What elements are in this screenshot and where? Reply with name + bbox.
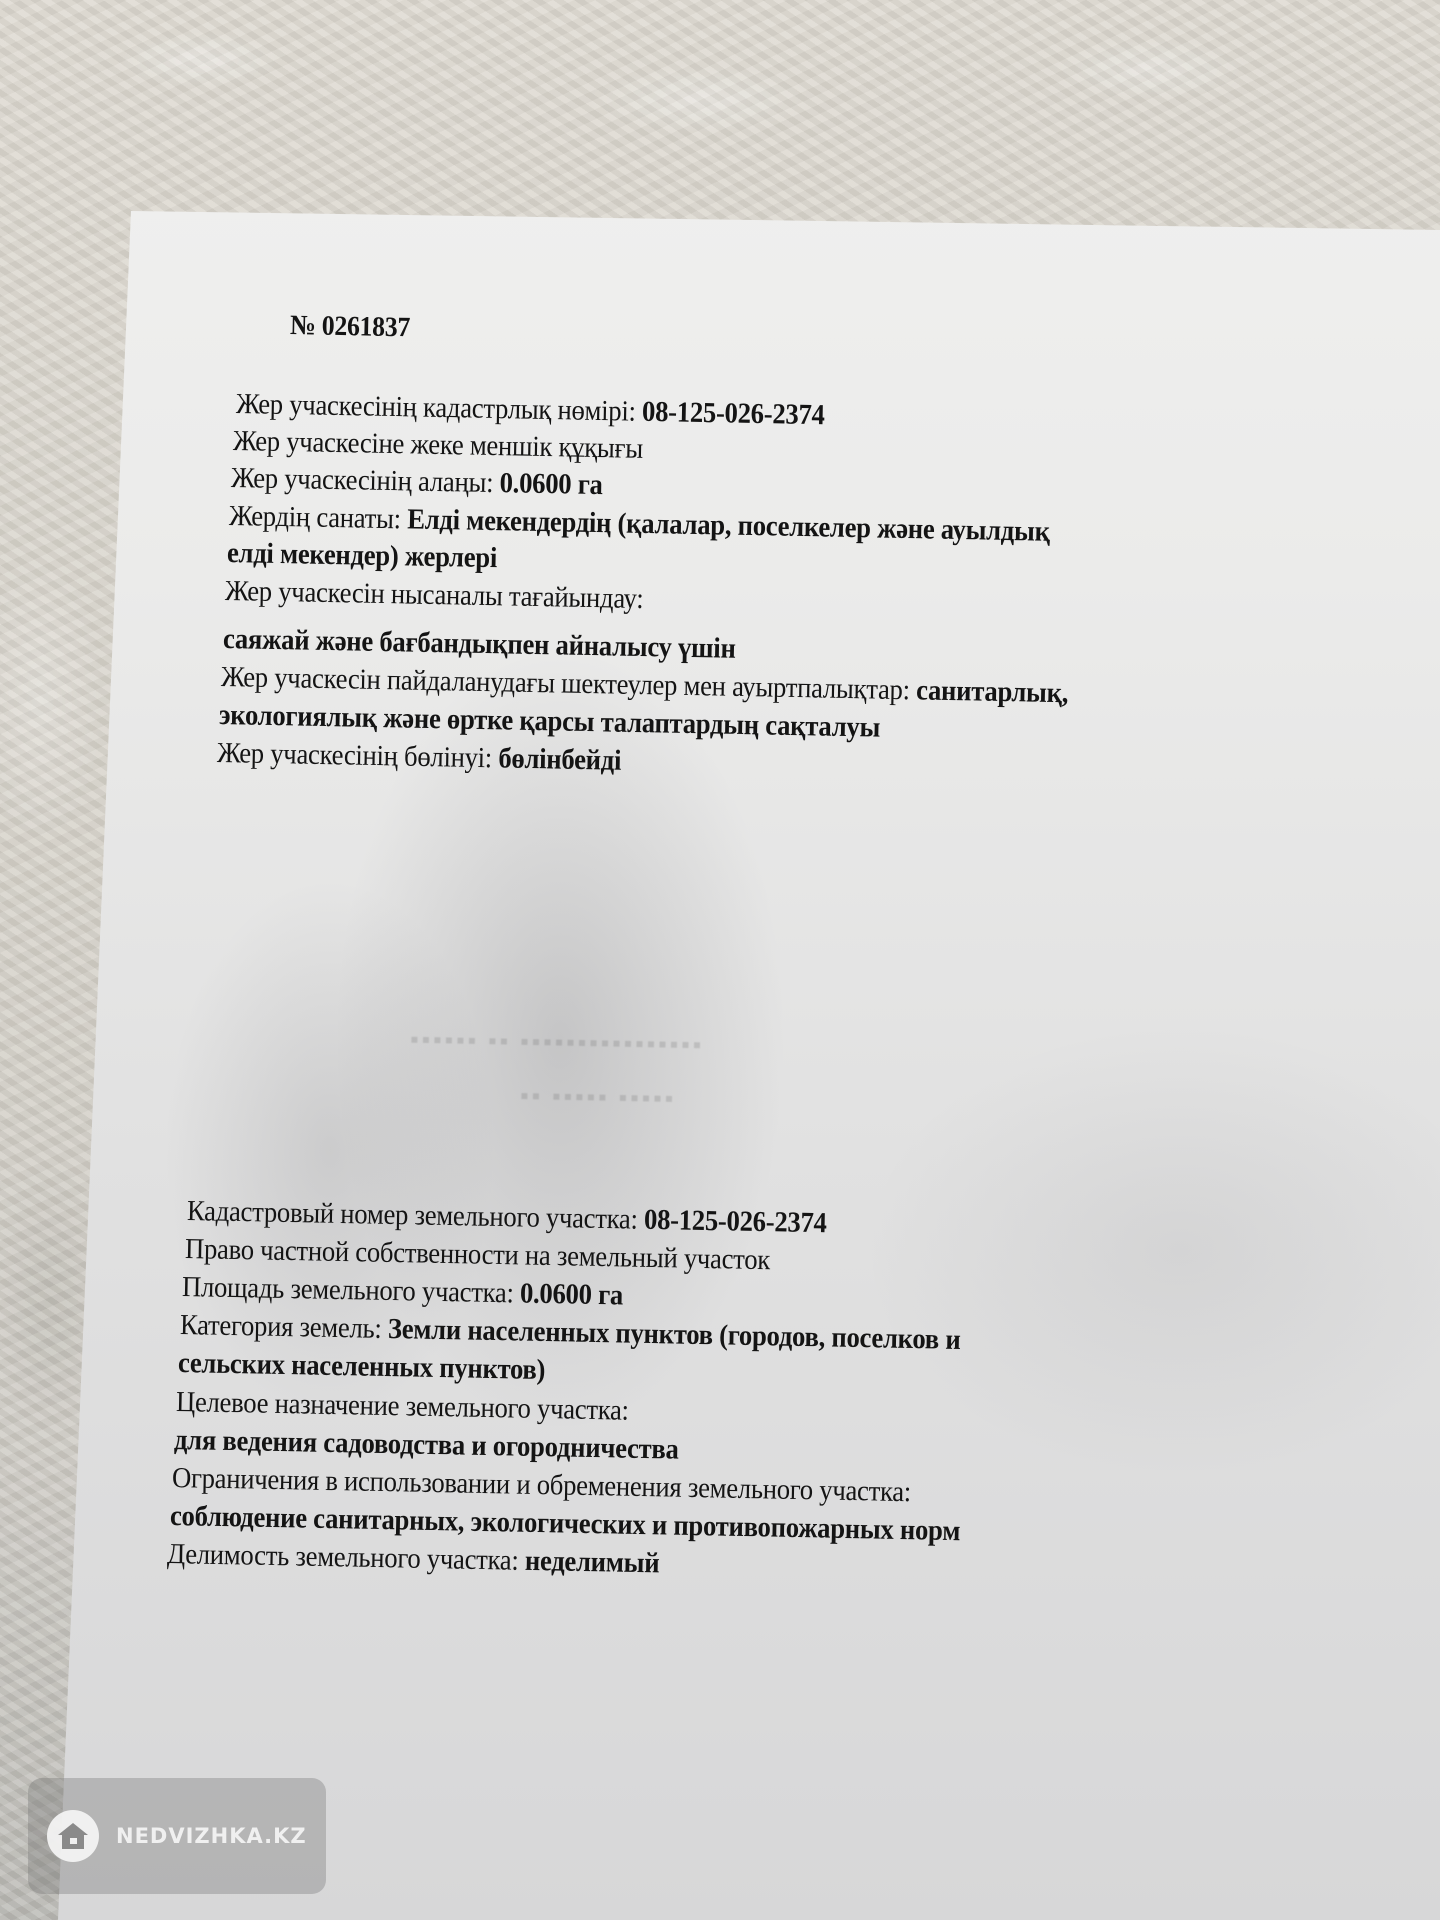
ru-line-value: неделимый — [525, 1545, 660, 1580]
kz-line-label: Жер учаскесін нысаналы тағайындау: — [225, 575, 644, 615]
faint-bleed-through-text: ▪▪▪▪▪▪ ▪▪ ▪▪▪▪▪▪▪▪▪▪▪▪▪▪▪▪ — [410, 1027, 705, 1060]
house-icon — [47, 1810, 99, 1862]
kz-line-label: Жер учаскесінің бөлінуі: — [217, 737, 499, 774]
ru-line-value: 08-125-026-2374 — [644, 1204, 827, 1239]
kz-line-value: экологиялық және өртке қарсы талаптардың… — [219, 699, 881, 744]
ru-ownership-right: Право частной собственности на земельный… — [185, 1233, 771, 1277]
document-number: № 0261837 — [290, 310, 411, 344]
ru-cadastral-number: Кадастровый номер земельного участка: 08… — [187, 1195, 827, 1240]
kz-line-value: саяжай және бағбандықпен айналысу үшін — [223, 623, 736, 665]
ru-line-label: Делимость земельного участка: — [167, 1538, 526, 1577]
kz-line-value: 08-125-026-2374 — [642, 396, 825, 431]
kz-land-category-cont: елді мекендер) жерлері — [227, 537, 498, 575]
ru-purpose-value: для ведения садоводства и огородничества — [174, 1424, 679, 1467]
kz-restrictions-cont: экологиялық және өртке қарсы талаптардың… — [219, 699, 881, 745]
kz-ownership-right: Жер учаскесіне жеке меншік құқығы — [233, 425, 644, 466]
ru-land-category-cont: сельских населенных пунктов) — [178, 1347, 546, 1387]
kz-line-value: елді мекендер) жерлері — [227, 537, 498, 574]
kz-line-label: Жер учаскесін пайдаланудағы шектеулер ме… — [221, 661, 917, 706]
kz-purpose-value: саяжай және бағбандықпен айналысу үшін — [223, 623, 736, 666]
kz-cadastral-number: Жер учаскесінің кадастрлық нөмірі: 08-12… — [236, 388, 825, 432]
nedvizhka-watermark: NEDVIZHKA.KZ — [28, 1778, 326, 1894]
ru-line-label: Целевое назначение земельного участка: — [176, 1386, 629, 1427]
ru-line-label: Право частной собственности на земельный… — [185, 1233, 771, 1276]
document-paper: № 0261837 Жер учаскесінің кадастрлық нөм… — [0, 0, 1440, 1920]
ru-line-value: Земли населенных пунктов (городов, посел… — [388, 1313, 961, 1356]
kz-line-value: бөлінбейді — [498, 742, 621, 776]
ru-line-label: Категория земель: — [180, 1309, 389, 1345]
faint-bleed-through-text: ▪▪ ▪▪▪▪▪ ▪▪▪▪▪ — [520, 1084, 677, 1114]
kz-line-label: Жердің санаты: — [229, 500, 408, 535]
kz-line-label: Жер учаскесінің алаңы: — [231, 462, 500, 499]
kz-divisibility: Жер учаскесінің бөлінуі: бөлінбейді — [217, 737, 622, 778]
ru-line-value: сельских населенных пунктов) — [178, 1347, 546, 1386]
ru-divisibility: Делимость земельного участка: неделимый — [167, 1538, 660, 1580]
ru-purpose-label: Целевое назначение земельного участка: — [176, 1386, 629, 1428]
ru-line-label: Площадь земельного участка: — [182, 1271, 521, 1309]
kz-purpose-label: Жер учаскесін нысаналы тағайындау: — [225, 575, 644, 616]
kz-line-value: Елді мекендердің (қалалар, поселкелер жә… — [407, 503, 1050, 547]
kz-line-value: санитарлық, — [916, 674, 1069, 709]
watermark-text: NEDVIZHKA.KZ — [116, 1824, 307, 1848]
ru-line-label: Кадастровый номер земельного участка: — [187, 1195, 645, 1236]
kz-line-value: 0.0600 га — [499, 467, 603, 501]
ru-line-value: для ведения садоводства и огородничества — [174, 1424, 679, 1466]
kz-line-label: Жер учаскесіне жеке меншік құқығы — [233, 425, 644, 465]
ru-area: Площадь земельного участка: 0.0600 га — [182, 1271, 624, 1312]
ru-line-value: 0.0600 га — [520, 1277, 624, 1311]
kz-line-label: Жер учаскесінің кадастрлық нөмірі: — [236, 388, 643, 428]
kz-area: Жер учаскесінің алаңы: 0.0600 га — [231, 462, 603, 502]
